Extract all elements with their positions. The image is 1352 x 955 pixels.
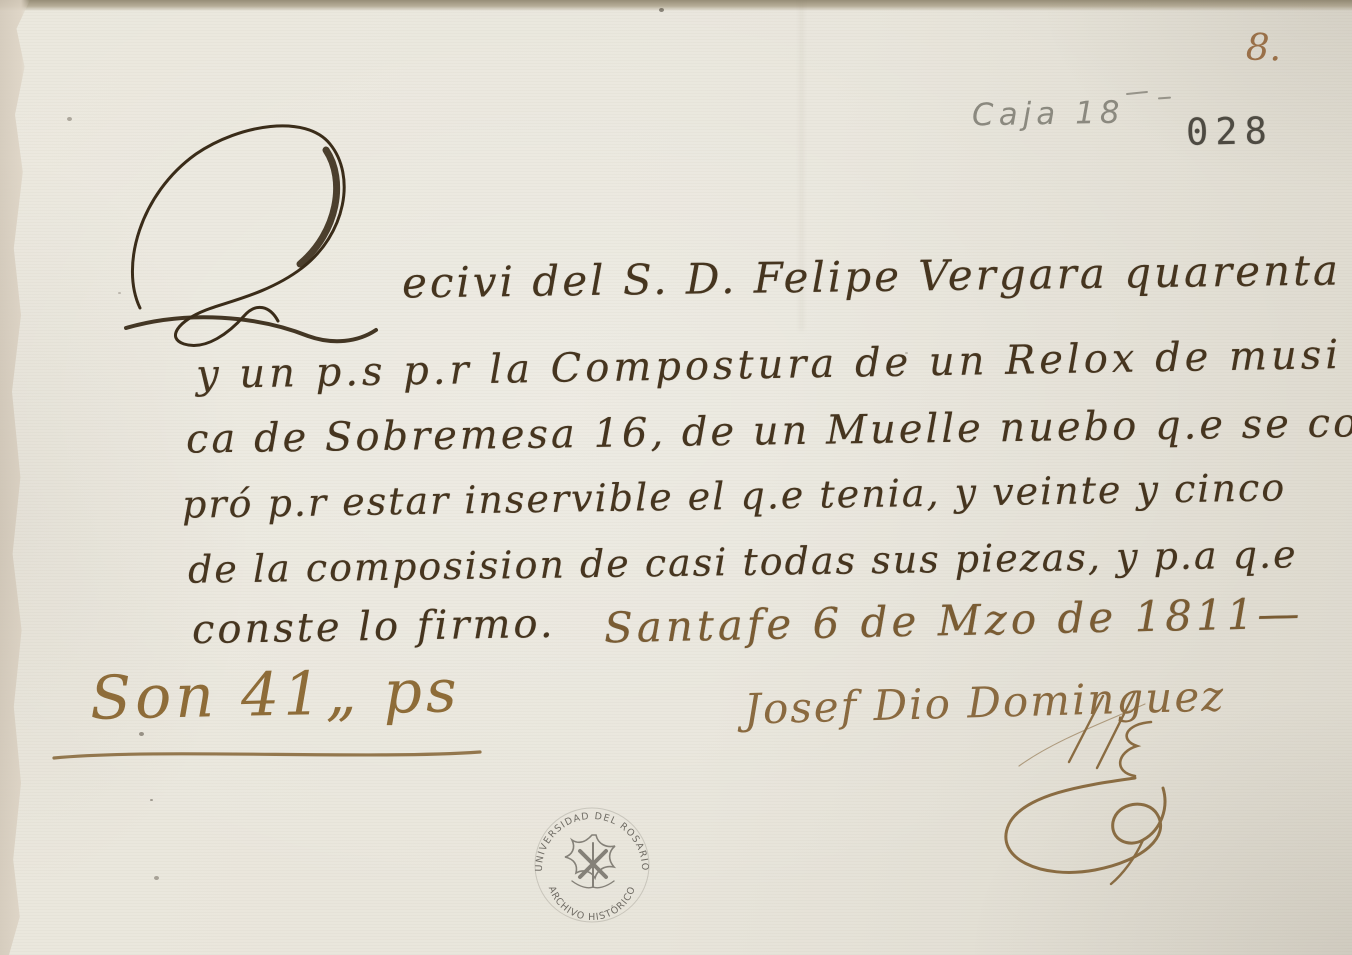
amount-underline-flourish — [48, 744, 488, 770]
archive-seal: UNIVERSIDAD DEL ROSARIO ARCHIVO HISTÓRIC… — [530, 803, 654, 927]
manuscript-dateline: Santafe 6 de Mzo de 1811— — [604, 589, 1304, 653]
amount-line: Son 41„ ps — [89, 656, 461, 734]
signature-rubric — [985, 688, 1245, 923]
paper-specks — [0, 0, 3, 2]
manuscript-line-3: ca de Sobremesa 16, de un Muelle nuebo q… — [186, 399, 1352, 462]
seal-crest-icon — [565, 835, 615, 888]
paper-top-edge — [0, 0, 1352, 11]
document-photo: 8. Caja 18 028 ecivi del S. D. Felipe Ve… — [0, 0, 1352, 955]
manuscript-closing: conste lo firmo. — [192, 601, 556, 653]
manuscript-line-4: pró p.r estar inservible el q.e tenia, y… — [182, 465, 1287, 526]
initial-letter-R — [118, 116, 418, 351]
seal-bottom-text: ARCHIVO HISTÓRICO — [546, 885, 638, 923]
pencil-dash — [1126, 91, 1148, 95]
accession-stamp: 028 — [1186, 109, 1275, 154]
folio-number: 8. — [1245, 26, 1281, 70]
box-label: Caja 18 — [972, 95, 1125, 134]
paper-torn-left-edge — [0, 0, 30, 955]
pencil-dash — [1158, 97, 1171, 100]
svg-text:ARCHIVO HISTÓRICO: ARCHIVO HISTÓRICO — [546, 885, 638, 923]
manuscript-line-5: de la composision de casi todas sus piez… — [188, 532, 1298, 591]
manuscript-line-1: ecivi del S. D. Felipe Vergara quarenta — [402, 245, 1342, 307]
